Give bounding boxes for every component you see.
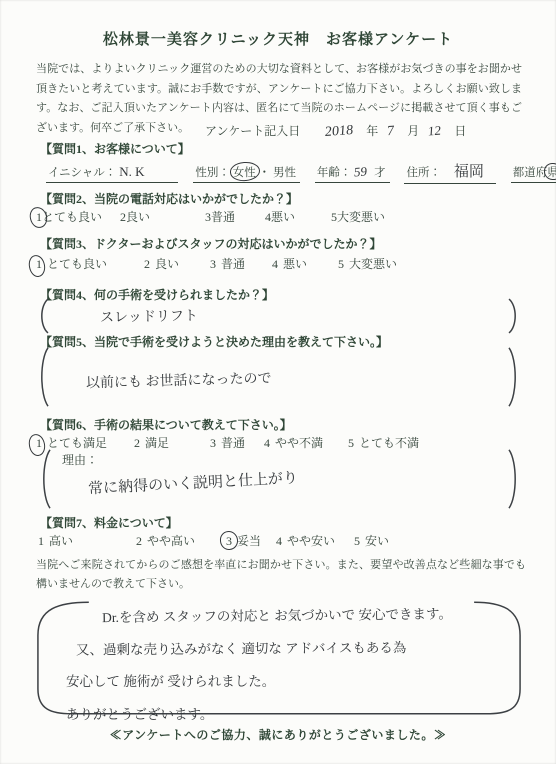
footer-thanks: ≪アンケートへのご協力、誠にありがとうございました。≫: [0, 726, 556, 743]
q2-options: 1とても良い 2良い 3普通 4悪い 5大変悪い: [36, 208, 385, 225]
q1-heading: 【質問1、お客様について】: [40, 140, 190, 157]
q6-options: 1とても満足 2満足 3普通 4やや不満 5とても不満: [36, 434, 419, 451]
q3-options: 1とても良い 2良い 3普通 4悪い 5大変悪い: [36, 255, 397, 272]
q6-option-4-label: やや不満: [275, 436, 323, 450]
feedback-line: 又、過剰な売り込みがなく 適切な アドバイスもある為: [76, 636, 496, 659]
q1-fields: イニシャル： N. K 性別： 女性 ・ 男性 年齢： 59 才 住所： 福岡 …: [46, 160, 556, 184]
q2-option-4-label: 悪い: [271, 210, 295, 224]
q7-option-1: 1高い: [38, 532, 136, 549]
date-year-value: 2018: [325, 123, 354, 141]
q7-selected-circle: 3: [226, 534, 232, 549]
q2-selected-circle: 1: [36, 210, 42, 225]
q6-option-2-label: 満足: [145, 436, 169, 450]
date-month-unit: 月: [407, 124, 419, 138]
q4-answer: スレッドリフト: [100, 305, 198, 327]
feedback-line: Dr.を含め スタッフの対応と お気づかいで 安心できます。: [102, 602, 496, 626]
q2-option-4: 4悪い: [265, 208, 331, 225]
survey-scan-page: 松林景一美容クリニック天神 お客様アンケート 当院では、よりよいクリニック運営の…: [0, 0, 556, 764]
prefecture-text: 都道府: [513, 167, 548, 179]
age-unit: 才: [374, 167, 386, 179]
q3-option-3-label: 普通: [221, 257, 245, 271]
answer-bracket-left-icon: [38, 448, 53, 510]
q2-option-5-label: 大変悪い: [337, 210, 385, 224]
feedback-line: ありがとうございます。: [66, 703, 496, 723]
address-label: 住所：: [406, 167, 441, 179]
address-value: 福岡: [454, 164, 484, 180]
q6-option-3: 3普通: [210, 434, 264, 451]
date-day-value: 12: [428, 123, 442, 140]
q6-option-3-label: 普通: [221, 436, 245, 450]
prefecture-suffix: 都道府県: [511, 164, 556, 183]
gender-separator: ・: [259, 167, 271, 179]
q2-option-3: 3普通: [205, 208, 265, 225]
date-day-unit: 日: [454, 124, 466, 138]
date-label: アンケート記入日: [205, 124, 300, 138]
q3-option-5: 5大変悪い: [338, 255, 397, 272]
q3-option-4-label: 悪い: [283, 257, 307, 271]
q3-option-1: 1とても良い: [36, 255, 144, 272]
q3-option-4: 4悪い: [272, 255, 338, 272]
age-value: 59: [354, 164, 368, 181]
q6-option-5-label: とても不満: [359, 436, 419, 450]
date-year-unit: 年: [366, 124, 378, 138]
q7-option-5-label: 安い: [365, 534, 389, 548]
q2-option-3-label: 普通: [211, 210, 235, 224]
initials-value: N. K: [119, 164, 144, 179]
q3-option-1-label: とても良い: [47, 257, 107, 271]
q3-selected-circle: 1: [36, 257, 42, 272]
answer-bracket-right-icon: [506, 448, 521, 510]
address-field: 住所： 福岡: [404, 160, 495, 184]
q2-option-5: 5大変悪い: [331, 208, 385, 225]
q7-option-3: 3妥当: [226, 532, 276, 549]
gender-selected-circle: 女性: [233, 164, 256, 180]
age-label: 年齢：: [317, 167, 352, 179]
answer-bracket-left-icon: [36, 346, 51, 408]
q6-option-5: 5とても不満: [348, 434, 419, 451]
feedback-answer: Dr.を含め スタッフの対応と お気づかいで 安心できます。 又、過剰な売り込み…: [56, 604, 496, 723]
q5-heading: 【質問5、当院で手術を受けようと決めた理由を教えて下さい。】: [40, 333, 388, 350]
age-field: 年齢： 59 才: [315, 164, 390, 183]
answer-bracket-right-icon: [506, 346, 521, 408]
answer-bracket-right-icon: [506, 298, 521, 334]
feedback-prompt: 当院へご来院されてからのご感想を率直にお聞かせ下さい。また、要望や改善点など些細…: [36, 556, 526, 594]
q2-option-1-label: とても良い: [42, 210, 102, 224]
q7-option-4: 4やや安い: [276, 532, 354, 549]
q3-heading: 【質問3、ドクターおよびスタッフの対応はいかがでしたか？】: [40, 235, 382, 252]
q7-option-1-label: 高い: [49, 534, 73, 548]
q6-reason-answer: 常に納得のいく説明と仕上がり: [88, 467, 299, 499]
q6-option-1-label: とても満足: [47, 436, 107, 450]
q2-option-2: 2良い: [120, 208, 205, 225]
date-line: アンケート記入日 2018 年 7 月 12 日: [205, 122, 472, 140]
q3-option-2: 2良い: [144, 255, 210, 272]
gender-label: 性別：: [195, 167, 230, 179]
q2-option-2-label: 良い: [126, 210, 150, 224]
q4-heading: 【質問4、何の手術を受けられましたか？】: [40, 286, 274, 303]
gender-field: 性別： 女性 ・ 男性: [193, 164, 300, 183]
q7-option-2: 2やや高い: [136, 532, 226, 549]
q7-option-4-label: やや安い: [287, 534, 335, 548]
q5-answer: 以前にも お世話になったので: [86, 368, 272, 393]
q6-option-4: 4やや不満: [264, 434, 348, 451]
q7-option-5: 5安い: [354, 532, 389, 549]
answer-bracket-left-icon: [36, 298, 51, 334]
q3-option-3: 3普通: [210, 255, 272, 272]
q3-option-5-label: 大変悪い: [349, 257, 397, 271]
page-title: 松林景一美容クリニック天神 お客様アンケート: [0, 28, 556, 49]
q7-options: 1高い 2やや高い 3妥当 4やや安い 5安い: [38, 532, 389, 549]
q6-reason-label: 理由：: [62, 451, 98, 468]
gender-male-option: 男性: [273, 167, 296, 179]
q2-option-1: 1とても良い: [36, 208, 120, 225]
q6-option-2: 2満足: [134, 434, 210, 451]
initials-field: イニシャル： N. K: [46, 164, 178, 183]
q6-heading: 【質問6、手術の結果について教えて下さい。】: [40, 416, 292, 433]
feedback-line: 安心して 施術が 受けられました。: [66, 670, 496, 690]
q2-heading: 【質問2、当院の電話対応はいかがでしたか？】: [40, 190, 298, 207]
q3-option-2-label: 良い: [155, 257, 179, 271]
q7-heading: 【質問7、料金について】: [40, 514, 178, 531]
q7-option-2-label: やや高い: [147, 534, 195, 548]
prefecture-circle: 県: [547, 164, 556, 180]
date-month-value: 7: [387, 124, 395, 140]
initials-label: イニシャル：: [48, 167, 116, 179]
q7-option-3-label: 妥当: [237, 534, 261, 548]
